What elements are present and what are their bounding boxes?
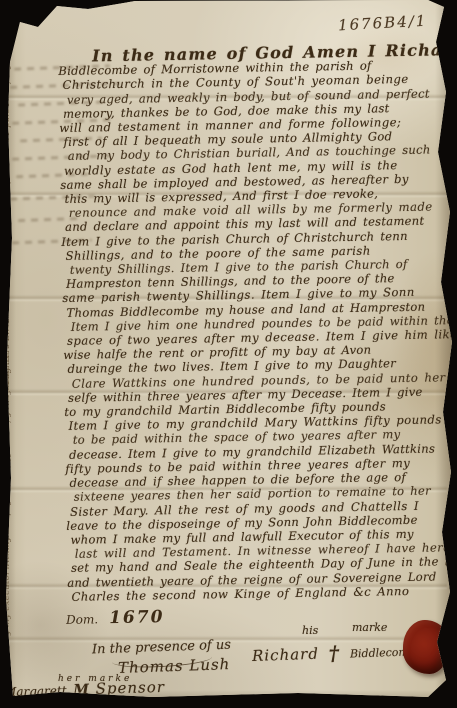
testator-signature: Richard † Biddlecombe	[252, 638, 423, 668]
witness2-last-name: Spensor	[95, 678, 165, 698]
witness-margarett-spensor: Margarett M Spensor	[4, 678, 165, 700]
margin-note-line: within the space of two	[2, 462, 13, 569]
left-margin-note-lower: to be paid by my executorwithin the spac…	[2, 500, 13, 690]
anno-domini-line: Dom. 1670	[66, 607, 165, 629]
presence-of-us-line: In the presence of us	[92, 638, 231, 658]
red-wax-seal	[403, 620, 450, 674]
parchment-sheet: 1676B4/1 In the name of God Amen I Richa…	[0, 0, 457, 708]
his-label: his	[302, 624, 318, 637]
date-prefix: Dom.	[66, 612, 98, 627]
witness2-first-name: Margarett	[4, 683, 67, 699]
will-body-text: In the name of God Amen I RichardBiddlec…	[58, 43, 457, 604]
margin-note-line: out of my estate and goods	[2, 0, 13, 107]
marke-label: marke	[352, 621, 387, 634]
edge-shadow-bottom	[0, 690, 457, 708]
margin-note-line: fifty pounds a peece to be paid	[2, 108, 13, 250]
testator-first-name: Richard	[252, 645, 319, 665]
archive-reference-number: 1676B4/1	[338, 12, 428, 35]
witness2-mark: M	[73, 682, 89, 698]
testator-mark-cross: †	[328, 641, 340, 665]
witness-thomas-lush: Thomas Lush	[118, 655, 231, 677]
scanned-will-document: 1676B4/1 In the name of God Amen I Richa…	[0, 0, 457, 708]
year-1670: 1670	[109, 607, 165, 628]
margin-note-line: to be paid by my executor	[2, 571, 13, 690]
margin-note-line: yeares after my decease	[2, 349, 13, 461]
